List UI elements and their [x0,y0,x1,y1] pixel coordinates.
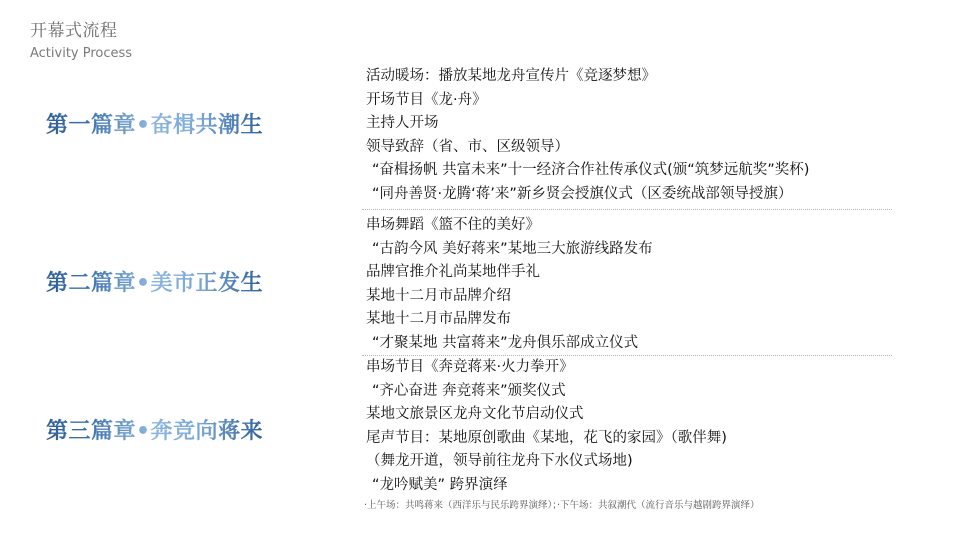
chapter-3-items: 串场节目《奔竞蒋来·火力拳开》 “齐心奋进 奔竞蒋来”颁奖仪式 某地文旅景区龙舟… [366,356,727,497]
list-item: “古韵今风 美好蒋来”某地三大旅游线路发布 [366,238,653,262]
page-header: 开幕式流程 Activity Process [30,20,132,63]
list-item: “才聚某地 共富蒋来”龙舟俱乐部成立仪式 [366,332,653,356]
list-item: “同舟善贤·龙腾‘蒋’来”新乡贤会授旗仪式（区委统战部领导授旗） [366,183,809,207]
list-item: “齐心奋进 奔竞蒋来”颁奖仪式 [366,380,727,404]
list-item: 开场节目《龙·舟》 [366,89,809,113]
list-item: 尾声节目：某地原创歌曲《某地，花飞的家园》（歌伴舞) [366,427,727,451]
chapter-2-items: 串场舞蹈《篮不住的美好》 “古韵今风 美好蒋来”某地三大旅游线路发布 品牌官推介… [366,214,653,355]
list-item: 活动暖场：播放某地龙舟宣传片《竞逐梦想》 [366,65,809,89]
list-item: 某地十二月市品牌介绍 [366,285,653,309]
list-item: 串场舞蹈《篮不住的美好》 [366,214,653,238]
list-item: 领导致辞（省、市、区级领导） [366,136,809,160]
list-item: “奋楫扬帆 共富未来”十一经济合作社传承仪式(颁“筑梦远航奖”奖杯) [366,159,809,183]
chapter-1-items: 活动暖场：播放某地龙舟宣传片《竞逐梦想》 开场节目《龙·舟》 主持人开场 领导致… [366,65,809,206]
list-item: 主持人开场 [366,112,809,136]
chapter-1-heading: 第一篇章•奋楫共潮生 [46,111,263,141]
list-item: 某地十二月市品牌发布 [366,308,653,332]
section-divider [362,209,892,210]
list-item: 品牌官推介礼尚某地伴手礼 [366,261,653,285]
page-title: 开幕式流程 [30,20,132,42]
list-item: 串场节目《奔竞蒋来·火力拳开》 [366,356,727,380]
list-item: （舞龙开道，领导前往龙舟下水仪式场地) [366,450,727,474]
chapter-2-heading: 第二篇章•美市正发生 [46,269,263,299]
list-item: “龙吟赋美” 跨界演绎 [366,474,727,498]
list-item: 某地文旅景区龙舟文化节启动仪式 [366,403,727,427]
footnote: ·上午场：共鸣蒋来（西洋乐与民乐跨界演绎）；·下午场：共叙潮代（流行音乐与越剧跨… [364,497,760,511]
page-subtitle: Activity Process [30,45,132,63]
chapter-3-heading: 第三篇章•奔竞向蒋来 [46,417,263,447]
